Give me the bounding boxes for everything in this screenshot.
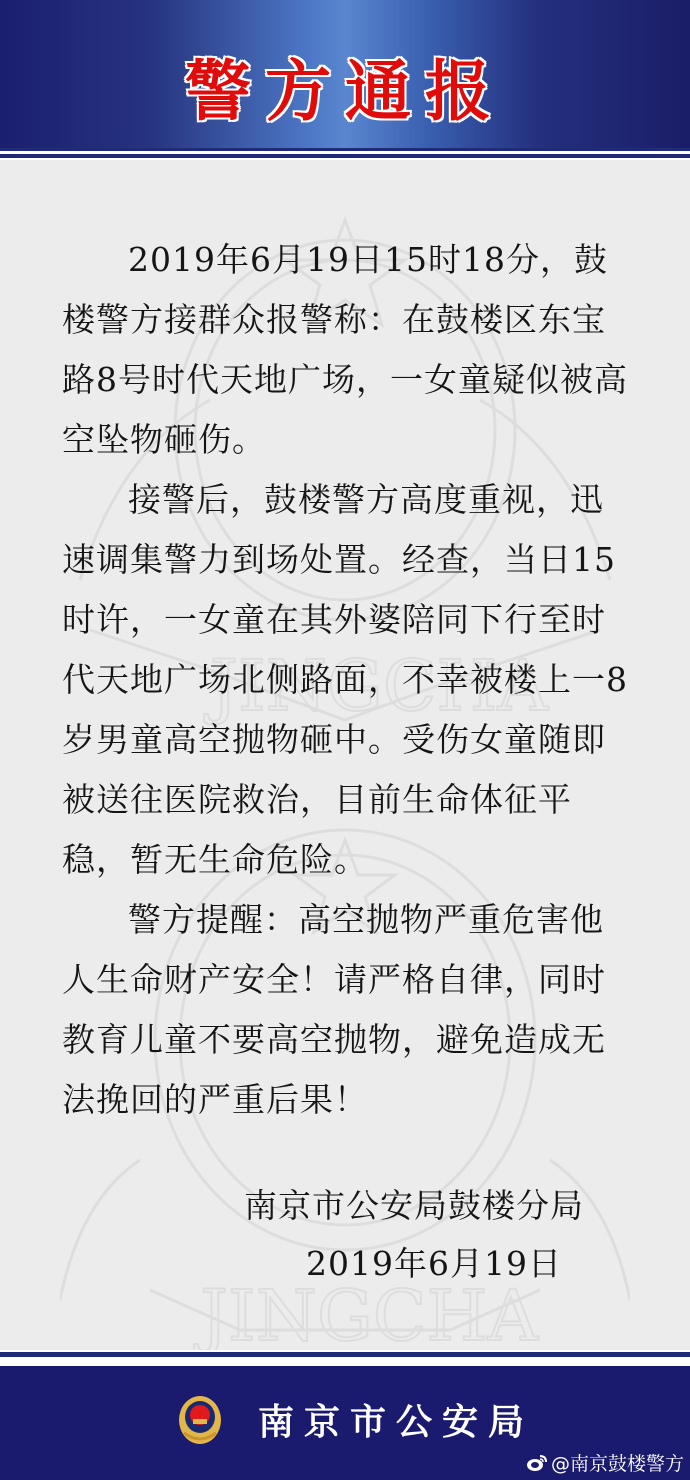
notice-paragraph-3: 警方提醒：高空抛物严重危害他人生命财产安全！请严格自律，同时教育儿童不要高空抛物… [62, 890, 632, 1130]
notice-paragraph-1: 2019年6月19日15时18分，鼓楼警方接群众报警称：在鼓楼区东宝路8号时代天… [62, 230, 632, 470]
footer-banner: 南京市公安局 @南京鼓楼警方 [0, 1366, 690, 1480]
svg-text:JINGCHA: JINGCHA [194, 1275, 539, 1350]
footer-organization-title: 南京市公安局 [258, 1394, 534, 1445]
notice-body: JINGCHA JINGCHA 2019年6月19日15时18分，鼓楼警方接群众… [0, 160, 690, 1350]
weibo-watermark: @南京鼓楼警方 [526, 1449, 684, 1476]
header-divider [0, 148, 690, 160]
header-banner: 警方通报 [0, 0, 690, 148]
police-emblem-icon [178, 1395, 222, 1445]
footer-divider [0, 1350, 690, 1366]
weibo-icon [526, 1454, 548, 1472]
notice-content: 2019年6月19日15时18分，鼓楼警方接群众报警称：在鼓楼区东宝路8号时代天… [62, 230, 632, 1130]
notice-paragraph-2: 接警后，鼓楼警方高度重视，迅速调集警力到场处置。经查，当日15时许，一女童在其外… [62, 470, 632, 890]
page-title: 警方通报 [0, 38, 690, 133]
weibo-handle: @南京鼓楼警方 [551, 1449, 684, 1476]
signature-date: 2019年6月19日 [306, 1238, 690, 1285]
signature-organization: 南京市公安局鼓楼分局 [244, 1180, 690, 1227]
